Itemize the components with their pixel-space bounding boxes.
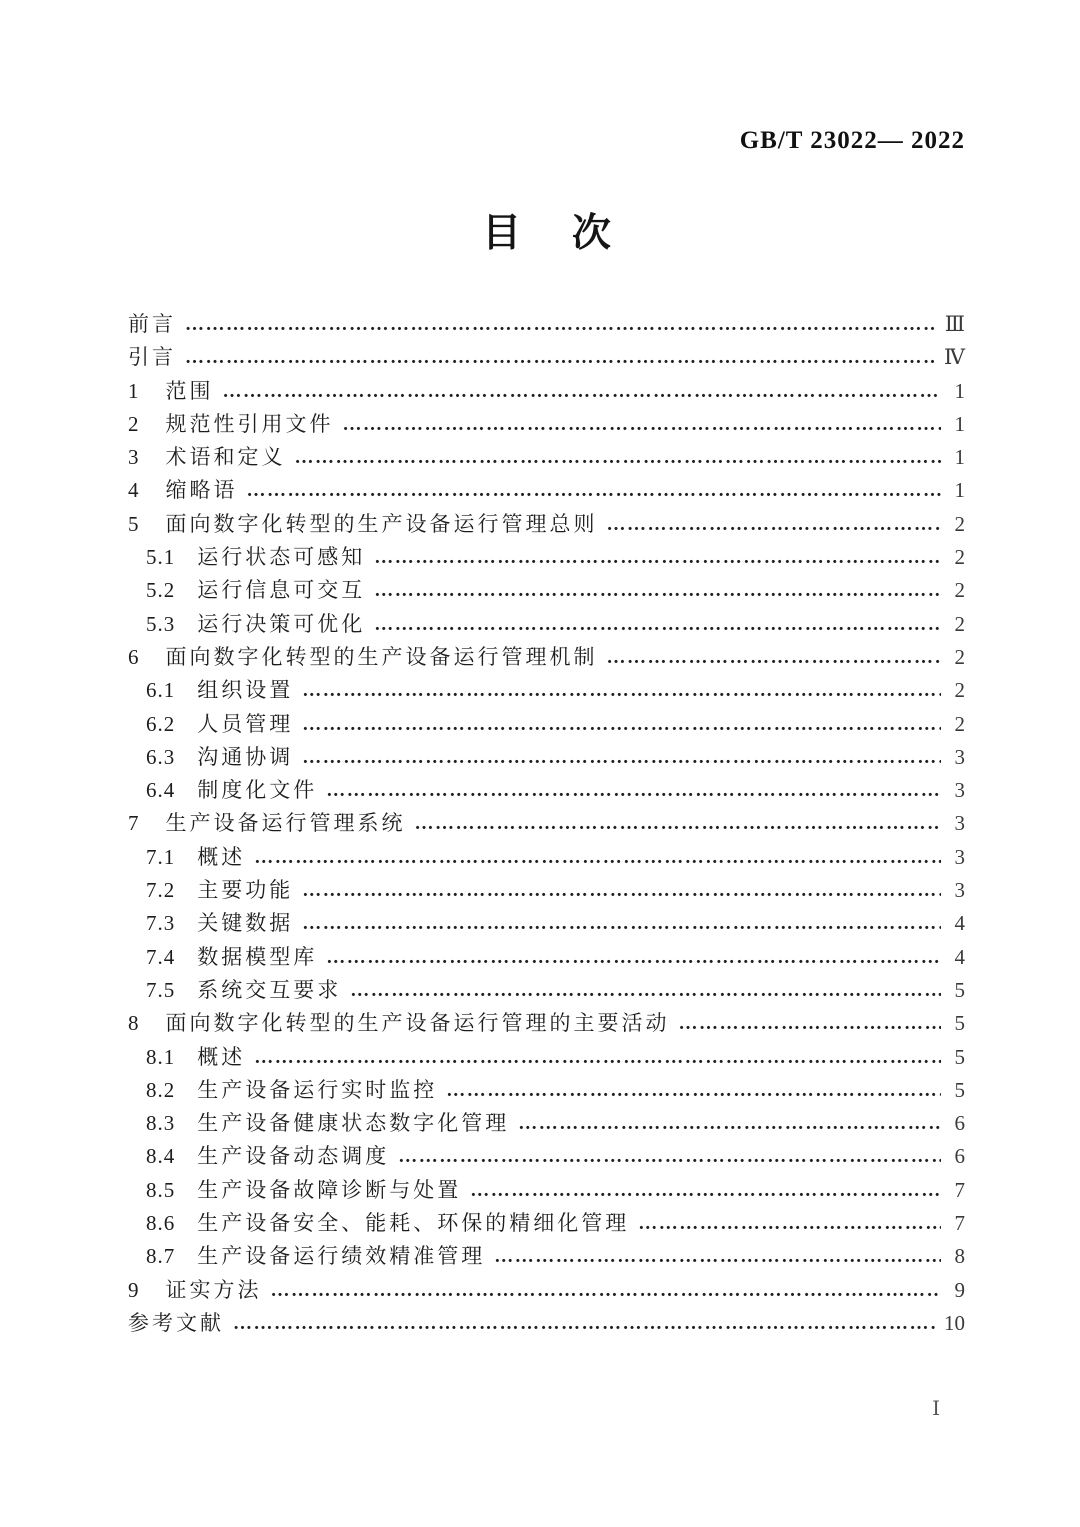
toc-entry-page: 3: [949, 774, 965, 807]
toc-entry-number: 8.4: [146, 1140, 175, 1173]
toc-entry-page: 2: [949, 608, 965, 641]
dot-leader: [302, 874, 941, 907]
toc-entry-label: 沟通协调: [197, 741, 293, 774]
toc-entry-number: 6.4: [146, 774, 175, 807]
toc-entry-label: 关键数据: [197, 907, 293, 940]
toc-entry: 8.1概述5: [128, 1041, 965, 1074]
dot-leader: [326, 941, 941, 974]
toc-entry-number: 8.6: [146, 1207, 175, 1240]
toc-entry: 5.1运行状态可感知2: [128, 541, 965, 574]
toc-entry-page: 3: [949, 841, 965, 874]
dot-leader: [374, 608, 941, 641]
standard-number: GB/T 23022— 2022: [740, 127, 965, 154]
toc-entry-page: 2: [949, 641, 965, 674]
toc-entry-number: 2: [128, 408, 140, 441]
page-header: GB/T 23022— 2022: [128, 126, 965, 156]
toc-entry-number: 8: [128, 1007, 140, 1040]
toc-entry-label: 人员管理: [197, 708, 293, 741]
toc-entry-page: 5: [949, 1041, 965, 1074]
toc-entry-page: 1: [949, 375, 965, 408]
toc-entry-label: 缩略语: [166, 474, 238, 507]
toc-entry-page: 2: [949, 574, 965, 607]
toc-entry-page: 4: [949, 941, 965, 974]
toc-entry-page: 1: [949, 408, 965, 441]
dot-leader: [343, 408, 942, 441]
toc-entry-label: 生产设备动态调度: [197, 1140, 389, 1173]
footer-page-number: Ⅰ: [932, 1398, 940, 1420]
toc-entry: 6.3沟通协调3: [128, 741, 965, 774]
toc-entry: 8.7生产设备运行绩效精准管理8: [128, 1240, 965, 1273]
toc-entry-page: 4: [949, 907, 965, 940]
dot-leader: [302, 708, 941, 741]
toc-entry-page: 2: [949, 508, 965, 541]
dot-leader: [233, 1307, 936, 1340]
toc-entry-page: 2: [949, 674, 965, 707]
dot-leader: [185, 341, 936, 374]
toc-entry-label: 生产设备运行绩效精准管理: [197, 1240, 485, 1273]
dot-leader: [638, 1207, 941, 1240]
toc-entry: 3术语和定义1: [128, 441, 965, 474]
toc-entry-page: 5: [949, 1007, 965, 1040]
toc-entry: 7.2主要功能3: [128, 874, 965, 907]
dot-leader: [302, 907, 941, 940]
page-title: 目次: [128, 212, 965, 256]
toc-entry-number: 7.1: [146, 841, 175, 874]
dot-leader: [470, 1174, 941, 1207]
toc-entry-page: 3: [949, 741, 965, 774]
dot-leader: [374, 541, 941, 574]
toc-entry-number: 4: [128, 474, 140, 507]
dot-leader: [415, 807, 942, 840]
document-page: GB/T 23022— 2022 目次 前言Ⅲ引言Ⅳ1范围12规范性引用文件13…: [0, 0, 1080, 1527]
toc-entry: 5.3运行决策可优化2: [128, 608, 965, 641]
toc-entry-label: 生产设备运行管理系统: [166, 807, 406, 840]
toc-entry-number: 7.5: [146, 974, 175, 1007]
page-footer: Ⅰ: [932, 1396, 940, 1421]
toc-entry-number: 7.4: [146, 941, 175, 974]
toc-entry-label: 主要功能: [197, 874, 293, 907]
toc-entry-label: 生产设备运行实时监控: [197, 1074, 437, 1107]
toc-entry-label: 概述: [197, 841, 245, 874]
dot-leader: [254, 1041, 941, 1074]
toc-entry: 9证实方法9: [128, 1274, 965, 1307]
toc-entry: 8.3生产设备健康状态数字化管理6: [128, 1107, 965, 1140]
toc-entry-page: 8: [949, 1240, 965, 1273]
toc-entry-number: 6.3: [146, 741, 175, 774]
dot-leader: [254, 841, 941, 874]
toc-entry-number: 5: [128, 508, 140, 541]
dot-leader: [607, 641, 942, 674]
toc-entry-number: 8.1: [146, 1041, 175, 1074]
dot-leader: [607, 508, 942, 541]
toc-entry: 8.4生产设备动态调度6: [128, 1140, 965, 1173]
toc-entry: 2规范性引用文件1: [128, 408, 965, 441]
toc-entry-label: 术语和定义: [166, 441, 286, 474]
toc-entry-number: 5.1: [146, 541, 175, 574]
toc-entry: 7.5系统交互要求5: [128, 974, 965, 1007]
toc-entry-number: 8.7: [146, 1240, 175, 1273]
toc-entry-label: 生产设备故障诊断与处置: [197, 1174, 461, 1207]
toc-entry-page: Ⅳ: [944, 341, 965, 374]
toc-entry-label: 范围: [166, 375, 214, 408]
dot-leader: [326, 774, 941, 807]
toc-entry: 6面向数字化转型的生产设备运行管理机制2: [128, 641, 965, 674]
toc-entry-page: 10: [944, 1307, 965, 1340]
toc-entry-number: 6.1: [146, 674, 175, 707]
toc-entry-page: 7: [949, 1207, 965, 1240]
toc-entry: 6.4制度化文件3: [128, 774, 965, 807]
toc-entry-label: 生产设备安全、能耗、环保的精细化管理: [197, 1207, 629, 1240]
dot-leader: [223, 375, 942, 408]
toc-entry-number: 8.3: [146, 1107, 175, 1140]
toc-entry-label: 制度化文件: [197, 774, 317, 807]
toc-entry-label: 组织设置: [197, 674, 293, 707]
toc-entry-label: 前言: [128, 308, 176, 341]
toc-entry-page: 7: [949, 1174, 965, 1207]
toc-entry-label: 参考文献: [128, 1307, 224, 1340]
toc-entry-label: 概述: [197, 1041, 245, 1074]
toc-entry: 7.4数据模型库4: [128, 941, 965, 974]
toc-entry-label: 运行信息可交互: [197, 574, 365, 607]
toc-entry-label: 系统交互要求: [197, 974, 341, 1007]
toc-entry-page: 3: [949, 807, 965, 840]
toc-entry-page: 5: [949, 974, 965, 1007]
toc-entry-number: 8.2: [146, 1074, 175, 1107]
toc-entry: 4缩略语1: [128, 474, 965, 507]
toc-entry-label: 运行状态可感知: [197, 541, 365, 574]
dot-leader: [494, 1240, 941, 1273]
toc-entry-page: 3: [949, 874, 965, 907]
dot-leader: [518, 1107, 941, 1140]
dot-leader: [271, 1274, 942, 1307]
toc-entry-number: 7.2: [146, 874, 175, 907]
toc-entry: 5.2运行信息可交互2: [128, 574, 965, 607]
toc-entry-page: 1: [949, 474, 965, 507]
toc-entry: 前言Ⅲ: [128, 308, 965, 341]
toc-entry: 引言Ⅳ: [128, 341, 965, 374]
toc-entry-label: 生产设备健康状态数字化管理: [197, 1107, 509, 1140]
dot-leader: [446, 1074, 941, 1107]
toc-entry-number: 3: [128, 441, 140, 474]
toc-entry: 1范围1: [128, 375, 965, 408]
toc-entry: 6.2人员管理2: [128, 708, 965, 741]
dot-leader: [398, 1140, 941, 1173]
toc-entry: 7.3关键数据4: [128, 907, 965, 940]
toc-entry: 8.2生产设备运行实时监控5: [128, 1074, 965, 1107]
toc-entry-number: 8.5: [146, 1174, 175, 1207]
toc-entry-label: 面向数字化转型的生产设备运行管理的主要活动: [166, 1007, 670, 1040]
toc-entry-page: 2: [949, 708, 965, 741]
toc-entry-number: 9: [128, 1274, 140, 1307]
toc-entry: 5面向数字化转型的生产设备运行管理总则2: [128, 508, 965, 541]
dot-leader: [350, 974, 941, 1007]
toc-entry-number: 6.2: [146, 708, 175, 741]
toc-entry-label: 面向数字化转型的生产设备运行管理机制: [166, 641, 598, 674]
toc-entry-label: 运行决策可优化: [197, 608, 365, 641]
toc-entry: 7生产设备运行管理系统3: [128, 807, 965, 840]
dot-leader: [295, 441, 942, 474]
toc-list: 前言Ⅲ引言Ⅳ1范围12规范性引用文件13术语和定义14缩略语15面向数字化转型的…: [128, 308, 965, 1340]
dot-leader: [374, 574, 941, 607]
toc-entry-page: 6: [949, 1107, 965, 1140]
dot-leader: [302, 741, 941, 774]
toc-entry-page: 5: [949, 1074, 965, 1107]
toc-entry: 8.6生产设备安全、能耗、环保的精细化管理7: [128, 1207, 965, 1240]
toc-entry-label: 证实方法: [166, 1274, 262, 1307]
toc-entry-label: 规范性引用文件: [166, 408, 334, 441]
dot-leader: [302, 674, 941, 707]
toc-entry-page: 6: [949, 1140, 965, 1173]
toc-entry-number: 7: [128, 807, 140, 840]
toc-entry-number: 7.3: [146, 907, 175, 940]
dot-leader: [185, 308, 937, 341]
toc-entry-label: 引言: [128, 341, 176, 374]
dot-leader: [679, 1007, 942, 1040]
toc-entry-number: 5.2: [146, 574, 175, 607]
toc-entry-number: 6: [128, 641, 140, 674]
toc-entry-page: 1: [949, 441, 965, 474]
toc-entry-page: 9: [949, 1274, 965, 1307]
toc-entry: 7.1概述3: [128, 841, 965, 874]
toc-entry: 8面向数字化转型的生产设备运行管理的主要活动5: [128, 1007, 965, 1040]
toc-entry: 8.5生产设备故障诊断与处置7: [128, 1174, 965, 1207]
toc-entry-page: Ⅲ: [945, 308, 965, 341]
toc-entry-label: 数据模型库: [197, 941, 317, 974]
toc-entry: 参考文献10: [128, 1307, 965, 1340]
toc-entry: 6.1组织设置2: [128, 674, 965, 707]
toc-entry-number: 1: [128, 375, 140, 408]
dot-leader: [247, 474, 942, 507]
toc-entry-page: 2: [949, 541, 965, 574]
toc-entry-label: 面向数字化转型的生产设备运行管理总则: [166, 508, 598, 541]
toc-entry-number: 5.3: [146, 608, 175, 641]
